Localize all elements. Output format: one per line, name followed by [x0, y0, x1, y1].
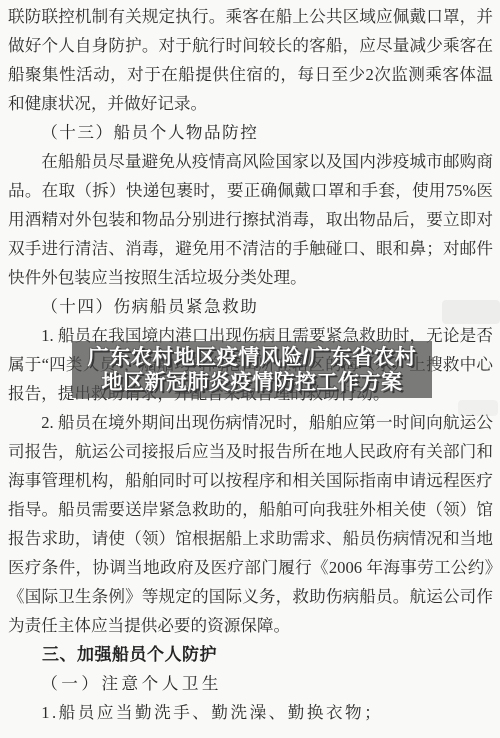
scan-smudge — [458, 400, 498, 416]
document-page: 联防联控机制有关规定执行。乘客在船上公共区域应佩戴口罩，并做好个人自身防护。对于… — [0, 0, 500, 738]
list-item-hygiene: 1.船员应当勤洗手、勤洗澡、勤换衣物； — [8, 698, 493, 727]
subsection-heading-1: （一）注意个人卫生 — [8, 669, 493, 698]
paragraph-rescue-abroad: 2. 船员在境外期间出现伤病情况时，船舶应第一时间向航运公司报告，航运公司接报后… — [8, 408, 493, 640]
watermark-overlay: 广东农村地区疫情风险/广东省农村 地区新冠肺炎疫情防控工作方案 — [72, 341, 432, 398]
watermark-line1: 广东农村地区疫情风险/广东省农村 — [88, 345, 417, 370]
watermark-line2: 地区新冠肺炎疫情防控工作方案 — [102, 370, 403, 395]
section-heading-14: （十四）伤病船员紧急救助 — [8, 292, 493, 321]
section-heading-13: （十三）船员个人物品防控 — [8, 118, 493, 147]
paragraph-passenger-protection: 联防联控机制有关规定执行。乘客在船上公共区域应佩戴口罩，并做好个人自身防护。对于… — [8, 2, 493, 118]
paragraph-personal-items: 在船船员尽量避免从疫情高风险国家以及国内涉疫城市邮购商品。在取（拆）快递包裹时，… — [8, 147, 493, 292]
scan-smudge — [442, 300, 500, 324]
chapter-heading-3: 三、加强船员个人防护 — [8, 640, 493, 669]
